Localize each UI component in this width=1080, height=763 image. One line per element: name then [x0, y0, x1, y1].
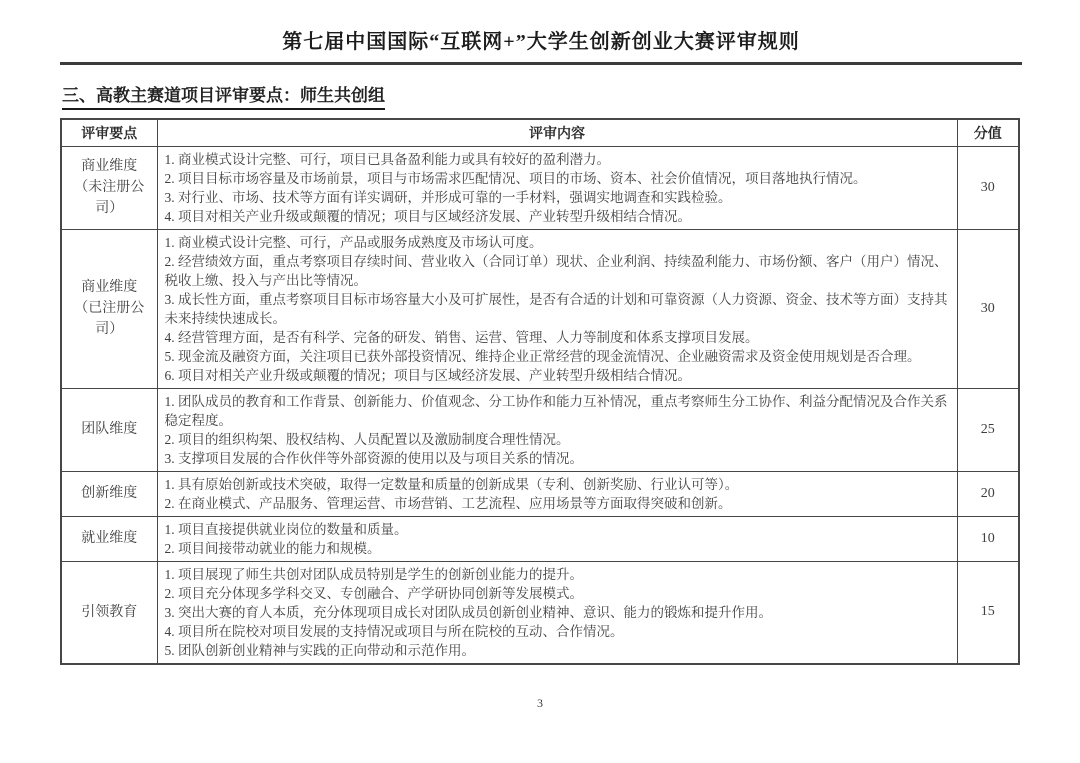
- criteria-item: 2. 经营绩效方面，重点考察项目存续时间、营业收入（合同订单）现状、企业利润、持…: [165, 252, 951, 290]
- column-header-score: 分值: [957, 119, 1019, 146]
- evaluation-rubric-table: 评审要点 评审内容 分值 商业维度 （未注册公 司）1. 商业模式设计完整、可行…: [60, 118, 1020, 665]
- criteria-item: 2. 项目的组织构架、股权结构、人员配置以及激励制度合理性情况。: [165, 430, 951, 449]
- column-header-content: 评审内容: [157, 119, 957, 146]
- criteria-item: 4. 项目所在院校对项目发展的支持情况或项目与所在院校的互动、合作情况。: [165, 622, 951, 641]
- document-page: 第七届中国国际“互联网+”大学生创新创业大赛评审规则 三、高教主赛道项目评审要点…: [0, 0, 1080, 763]
- score-value-cell: 15: [957, 561, 1019, 664]
- criteria-item: 1. 商业模式设计完整、可行，项目已具备盈利能力或具有较好的盈利潜力。: [165, 150, 951, 169]
- criteria-item: 1. 具有原始创新或技术突破，取得一定数量和质量的创新成果（专利、创新奖励、行业…: [165, 475, 951, 494]
- criteria-content-cell: 1. 项目展现了师生共创对团队成员特别是学生的创新创业能力的提升。2. 项目充分…: [157, 561, 957, 664]
- criteria-item: 3. 成长性方面，重点考察项目目标市场容量大小及可扩展性，是否有合适的计划和可靠…: [165, 290, 951, 328]
- criteria-category-cell: 就业维度: [61, 516, 157, 561]
- score-value-cell: 20: [957, 471, 1019, 516]
- criteria-item: 4. 项目对相关产业升级或颠覆的情况；项目与区域经济发展、产业转型升级相结合情况…: [165, 207, 951, 226]
- criteria-item: 2. 项目充分体现多学科交叉、专创融合、产学研协同创新等发展模式。: [165, 584, 951, 603]
- criteria-item: 1. 项目直接提供就业岗位的数量和质量。: [165, 520, 951, 539]
- criteria-item: 2. 项目间接带动就业的能力和规模。: [165, 539, 951, 558]
- rubric-row: 引领教育1. 项目展现了师生共创对团队成员特别是学生的创新创业能力的提升。2. …: [61, 561, 1019, 664]
- criteria-item: 3. 突出大赛的育人本质，充分体现项目成长对团队成员创新创业精神、意识、能力的锻…: [165, 603, 951, 622]
- rubric-row: 团队维度1. 团队成员的教育和工作背景、创新能力、价值观念、分工协作和能力互补情…: [61, 388, 1019, 471]
- score-value-cell: 25: [957, 388, 1019, 471]
- criteria-category-cell: 商业维度 （未注册公 司）: [61, 146, 157, 229]
- page-footer: 3: [0, 696, 1080, 711]
- criteria-category-cell: 团队维度: [61, 388, 157, 471]
- score-value-cell: 30: [957, 229, 1019, 388]
- section-heading: 三、高教主赛道项目评审要点：师生共创组: [62, 81, 1022, 110]
- criteria-category-cell: 创新维度: [61, 471, 157, 516]
- criteria-item: 6. 项目对相关产业升级或颠覆的情况；项目与区域经济发展、产业转型升级相结合情况…: [165, 366, 951, 385]
- rubric-row: 就业维度1. 项目直接提供就业岗位的数量和质量。2. 项目间接带动就业的能力和规…: [61, 516, 1019, 561]
- page-number: 3: [537, 696, 543, 710]
- column-header-criteria: 评审要点: [61, 119, 157, 146]
- criteria-item: 5. 团队创新创业精神与实践的正向带动和示范作用。: [165, 641, 951, 660]
- criteria-item: 2. 项目目标市场容量及市场前景，项目与市场需求匹配情况、项目的市场、资本、社会…: [165, 169, 951, 188]
- criteria-item: 4. 经营管理方面，是否有科学、完备的研发、销售、运营、管理、人力等制度和体系支…: [165, 328, 951, 347]
- criteria-item: 3. 支撑项目发展的合作伙伴等外部资源的使用以及与项目关系的情况。: [165, 449, 951, 468]
- criteria-item: 1. 团队成员的教育和工作背景、创新能力、价值观念、分工协作和能力互补情况，重点…: [165, 392, 951, 430]
- criteria-content-cell: 1. 商业模式设计完整、可行，项目已具备盈利能力或具有较好的盈利潜力。2. 项目…: [157, 146, 957, 229]
- rubric-row: 商业维度 （未注册公 司）1. 商业模式设计完整、可行，项目已具备盈利能力或具有…: [61, 146, 1019, 229]
- criteria-content-cell: 1. 具有原始创新或技术突破，取得一定数量和质量的创新成果（专利、创新奖励、行业…: [157, 471, 957, 516]
- criteria-category-cell: 商业维度 （已注册公 司）: [61, 229, 157, 388]
- criteria-category-cell: 引领教育: [61, 561, 157, 664]
- score-value-cell: 10: [957, 516, 1019, 561]
- score-value-cell: 30: [957, 146, 1019, 229]
- criteria-item: 1. 商业模式设计完整、可行，产品或服务成熟度及市场认可度。: [165, 233, 951, 252]
- criteria-item: 3. 对行业、市场、技术等方面有详实调研，并形成可靠的一手材料，强调实地调查和实…: [165, 188, 951, 207]
- section-heading-text: 三、高教主赛道项目评审要点：师生共创组: [62, 81, 385, 110]
- criteria-item: 5. 现金流及融资方面，关注项目已获外部投资情况、维持企业正常经营的现金流情况、…: [165, 347, 951, 366]
- title-divider: [60, 62, 1022, 65]
- criteria-item: 1. 项目展现了师生共创对团队成员特别是学生的创新创业能力的提升。: [165, 565, 951, 584]
- rubric-row: 商业维度 （已注册公 司）1. 商业模式设计完整、可行，产品或服务成熟度及市场认…: [61, 229, 1019, 388]
- criteria-content-cell: 1. 商业模式设计完整、可行，产品或服务成熟度及市场认可度。2. 经营绩效方面，…: [157, 229, 957, 388]
- document-title: 第七届中国国际“互联网+”大学生创新创业大赛评审规则: [60, 30, 1022, 54]
- criteria-content-cell: 1. 项目直接提供就业岗位的数量和质量。2. 项目间接带动就业的能力和规模。: [157, 516, 957, 561]
- criteria-item: 2. 在商业模式、产品服务、管理运营、市场营销、工艺流程、应用场景等方面取得突破…: [165, 494, 951, 513]
- table-header-row: 评审要点 评审内容 分值: [61, 119, 1019, 146]
- rubric-row: 创新维度1. 具有原始创新或技术突破，取得一定数量和质量的创新成果（专利、创新奖…: [61, 471, 1019, 516]
- criteria-content-cell: 1. 团队成员的教育和工作背景、创新能力、价值观念、分工协作和能力互补情况，重点…: [157, 388, 957, 471]
